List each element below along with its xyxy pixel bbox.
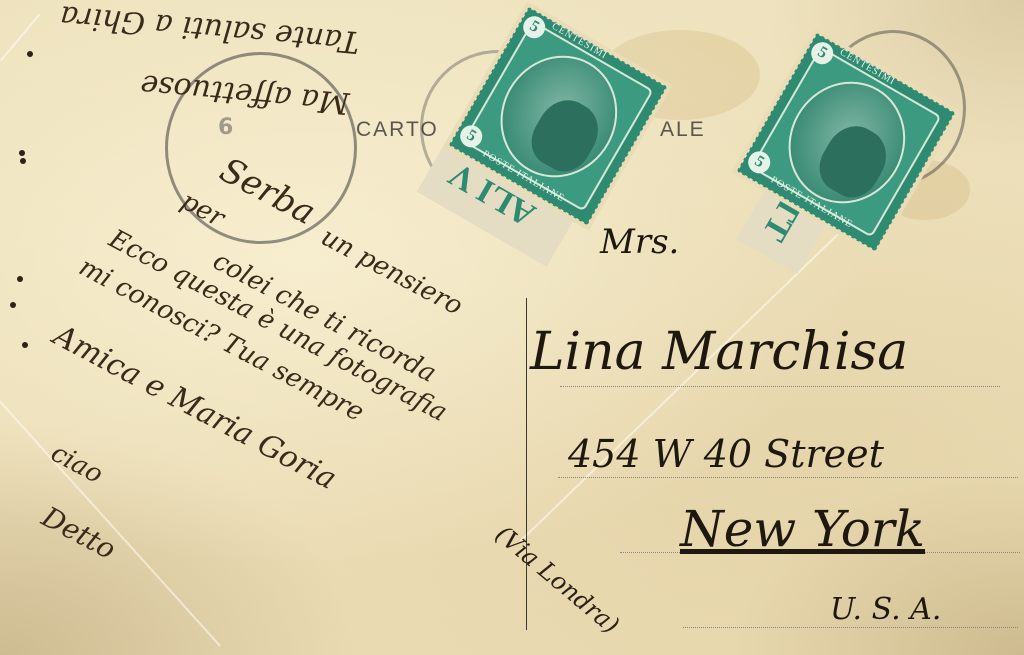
fold-crease bbox=[0, 14, 40, 61]
address-city: New York bbox=[680, 500, 925, 558]
address-street: 454 W 40 Street bbox=[568, 432, 884, 476]
pin-hole bbox=[27, 51, 33, 57]
address-divider bbox=[526, 298, 527, 630]
pin-hole bbox=[20, 158, 26, 164]
address-salutation: Mrs. bbox=[600, 222, 679, 262]
pin-hole bbox=[22, 342, 28, 348]
upside-down-note-line1: Tante saluti a Ghira bbox=[59, 0, 361, 59]
address-line-4 bbox=[683, 627, 1018, 628]
printed-header-right: ALE bbox=[660, 118, 706, 142]
address-country: U. S. A. bbox=[830, 592, 941, 627]
message-line: un pensiero bbox=[316, 222, 468, 322]
message-line: ciao bbox=[46, 438, 108, 490]
routing-note: (Via Londra) bbox=[490, 520, 625, 639]
address-line-1 bbox=[560, 386, 1000, 387]
pin-hole bbox=[19, 150, 25, 156]
address-name: Lina Marchisa bbox=[530, 322, 908, 382]
pin-hole bbox=[10, 302, 16, 308]
postmark-digit: 6 bbox=[218, 115, 233, 140]
postcard: CARTO ALE 6 ALI V CENTESIMI POSTE ITALIA… bbox=[0, 0, 1024, 655]
fold-crease bbox=[0, 400, 221, 647]
pin-hole bbox=[17, 276, 23, 282]
message-signature: Detto bbox=[37, 500, 122, 566]
address-line-2 bbox=[558, 477, 1018, 478]
